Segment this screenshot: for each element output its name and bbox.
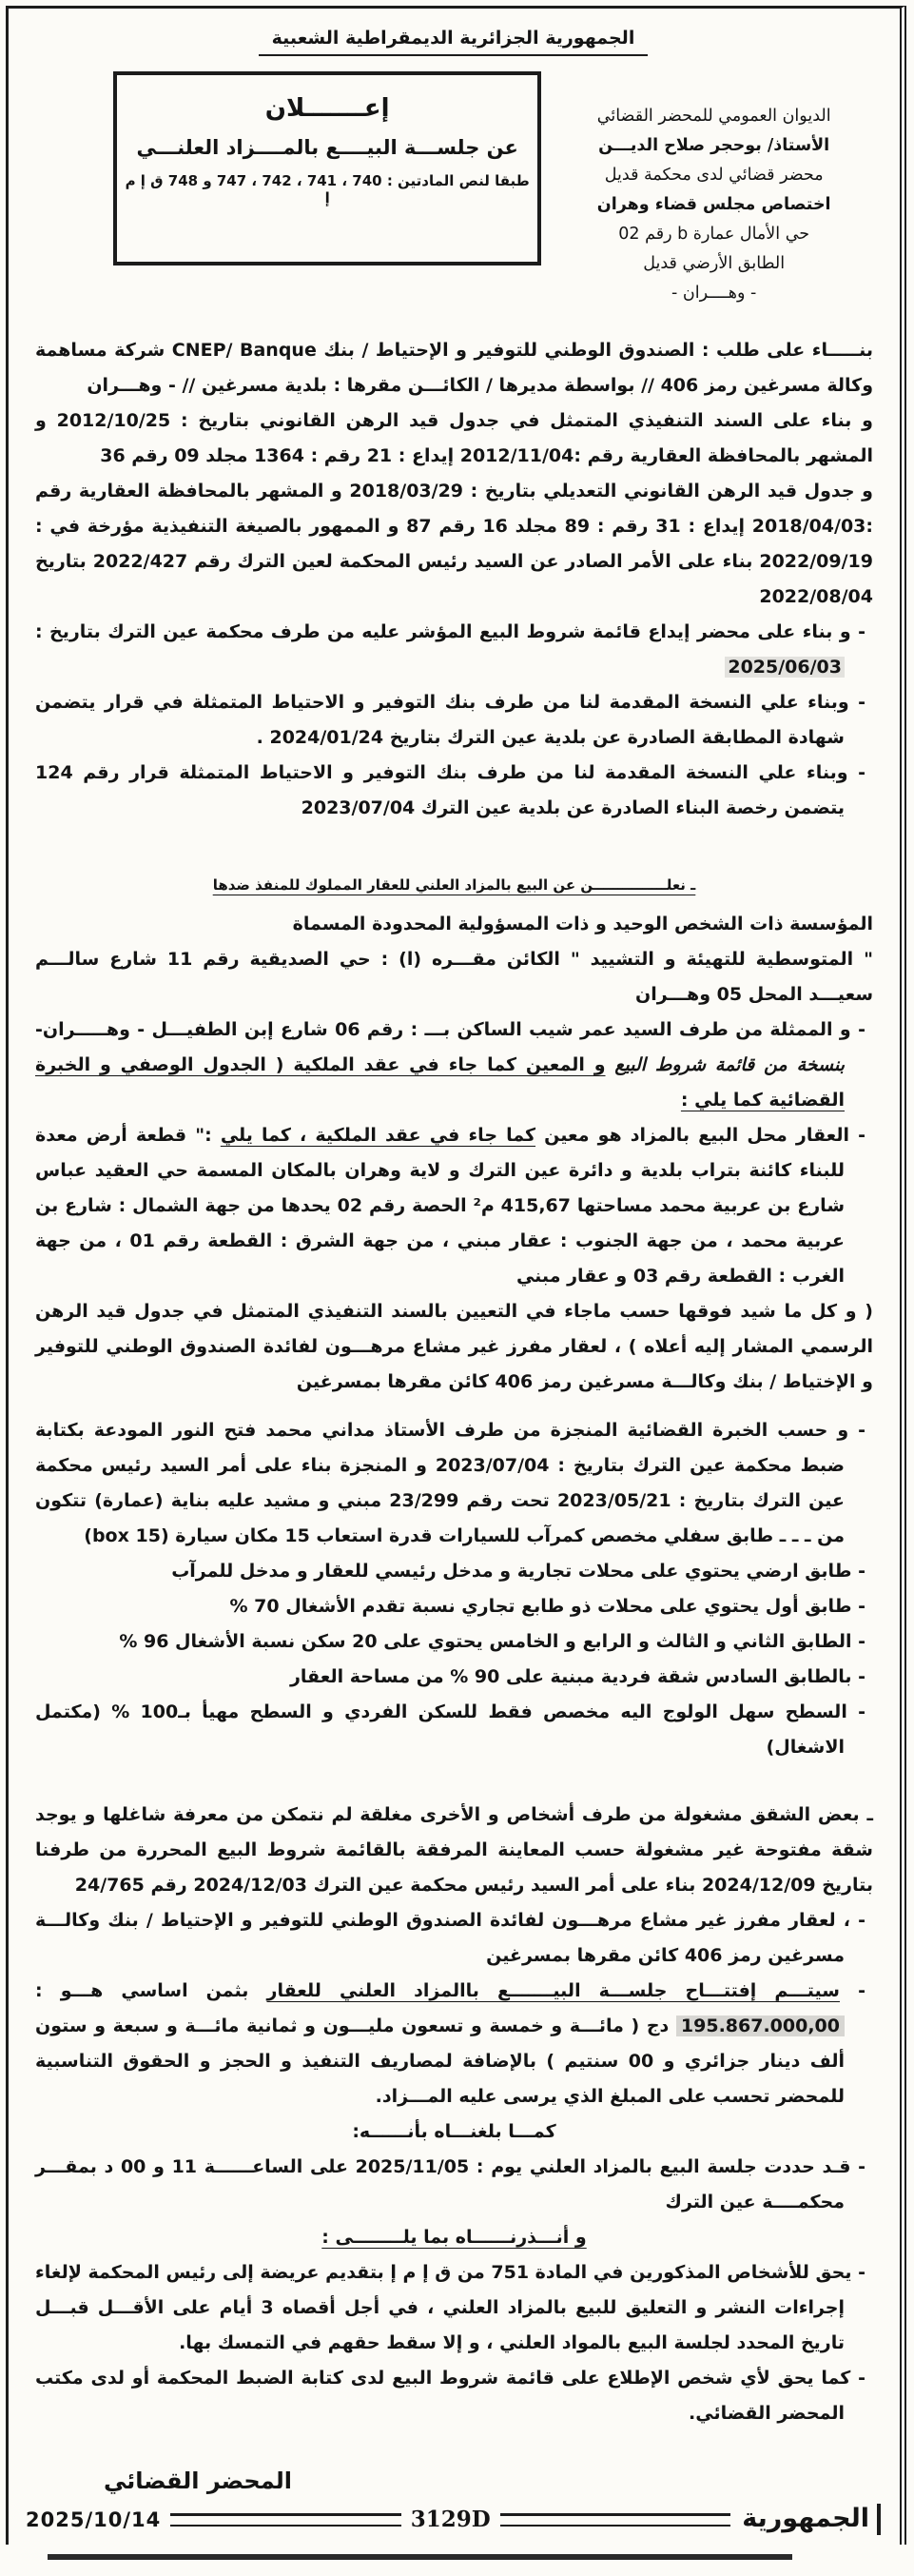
paragraph-request: بنـــــاء على طلب : الصندوق الوطني للتوف… bbox=[35, 333, 873, 403]
national-header: الجمهورية الجزائرية الديمقراطية الشعبية bbox=[26, 28, 881, 56]
paragraph-representative: - و الممثلة من طرف السيد عمر شيب الساكن … bbox=[35, 1013, 873, 1118]
office-line-address: الطابق الأرضي قديل bbox=[547, 249, 881, 279]
paragraph-warning-2: - كما يحق لأي شخص الإطلاع على قائمة شروط… bbox=[35, 2361, 873, 2431]
warning-heading: و أنـــذرنــــــاه بما يلــــــــى : bbox=[35, 2220, 873, 2255]
paragraph-conformity: - وبناء علي النسخة المقدمة لنا من طرف بن… bbox=[35, 685, 873, 756]
announcement-legal-basis: طبقا لنص المادتين : 740 ، 741 ، 742 ، 74… bbox=[125, 172, 530, 206]
auction-announce-heading: ـ نعلـــــــــــــــن عن البيع بالمزاد ا… bbox=[35, 868, 873, 903]
office-line-bailiff-name: الأستاذ/ بوحجر صلاح الديـــن bbox=[547, 131, 881, 161]
property-lead: - العقار محل البيع بالمزاد هو معين bbox=[535, 1125, 865, 1146]
footer-reference-code: 3129D bbox=[411, 2507, 491, 2532]
paragraph-deed1: و بناء على السند التنفيذي المتمثل في جدو… bbox=[35, 403, 873, 474]
newspaper-masthead: الجمهورية bbox=[740, 2504, 881, 2535]
bailiff-signature: المحضر القضائي bbox=[35, 2464, 873, 2499]
paragraph-permit: - وبناء علي النسخة المقدمة لنا من طرف بن… bbox=[35, 756, 873, 826]
paragraph-opening-price: - سيتـــم إفتتـــاح جلســـة البيـــــــع… bbox=[35, 1974, 873, 2114]
national-header-text: الجمهورية الجزائرية الديمقراطية الشعبية bbox=[259, 28, 649, 56]
announcement-subtitle: عن جلســـة البيــــع بالمــــزاد العلنــ… bbox=[125, 136, 530, 159]
office-line-jurisdiction: اختصاص مجلس قضاء وهران bbox=[547, 190, 881, 220]
floor-item: - السطح سهل الولوج اليه مخصص فقط للسكن ا… bbox=[35, 1695, 873, 1765]
floor-item: - طابق ارضي يحتوي على محلات تجارية و مدخ… bbox=[35, 1554, 873, 1589]
opening-underlined: سيتـــم إفتتـــاح جلســـة البيـــــــع ب… bbox=[267, 1980, 841, 2001]
dash: - bbox=[840, 1980, 865, 2001]
opening-rest: بثمن اساسي هـــو : bbox=[35, 1980, 267, 2001]
opening-price-value: 195.867.000,00 bbox=[676, 2016, 845, 2036]
office-line: محضر قضائي لدى محكمة قديل bbox=[547, 161, 881, 190]
scanned-legal-notice-page: الجمهورية الجزائرية الديمقراطية الشعبية … bbox=[0, 0, 914, 2576]
office-line-city: - وهــــران - bbox=[547, 279, 881, 308]
footer-publication-date: 2025/10/14 bbox=[26, 2508, 161, 2531]
paragraph-company-1: المؤسسة ذات الشخص الوحيد و ذات المسؤولية… bbox=[35, 907, 873, 942]
announcement-title-box: إعـــــــلان عن جلســـة البيــــع بالمــ… bbox=[113, 71, 541, 265]
spacer bbox=[35, 826, 873, 858]
spacer bbox=[35, 1400, 873, 1413]
paragraph-built: ( و كل ما شيد فوقها حسب ماجاء في التعيين… bbox=[35, 1294, 873, 1400]
notice-body: بنـــــاء على طلب : الصندوق الوطني للتوف… bbox=[26, 333, 881, 2499]
footer-rule bbox=[500, 2513, 731, 2527]
deposit-lead: - و بناء على محضر إيداع قائمة شروط البيع… bbox=[35, 621, 865, 642]
property-rest: :" قطعة أرض معدة للبناء كائنة بتراب بلدي… bbox=[35, 1125, 845, 1287]
paragraph-mortgage: - ، لعقار مفرز غير مشاع مرهـــون لفائدة … bbox=[35, 1903, 873, 1974]
announcement-title: إعـــــــلان bbox=[125, 94, 530, 123]
paragraph-deed2: و جدول قيد الرهن القانوني التعديلي بتاري… bbox=[35, 474, 873, 615]
scan-bottom-edge-line bbox=[48, 2554, 792, 2560]
paragraph-session: - قـد حددت جلسة البيع بالمزاد العلني يوم… bbox=[35, 2150, 873, 2220]
paragraph-company-2: " المتوسطية للتهيئة و التشييد " الكائن م… bbox=[35, 942, 873, 1013]
footer-bar: 2025/10/14 3129D الجمهورية bbox=[26, 2504, 881, 2539]
spacer bbox=[35, 1765, 873, 1798]
paragraph-property: - العقار محل البيع بالمزاد هو معين كما ج… bbox=[35, 1118, 873, 1294]
property-underlined: كما جاء في عقد الملكية ، كما يلي bbox=[221, 1125, 535, 1146]
bailiff-office-block: الديوان العمومي للمحضر القضائي الأستاذ/ … bbox=[541, 69, 881, 308]
floor-item: - بالطابق السادس شقة فردية مبنية على 90 … bbox=[35, 1660, 873, 1695]
paragraph-expertise: - و حسب الخبرة القضائية المنجزة من طرف ا… bbox=[35, 1413, 873, 1554]
footer-rule bbox=[170, 2513, 401, 2527]
office-line-address: حي الأمال عمارة b رقم 02 bbox=[547, 220, 881, 249]
top-row: الديوان العمومي للمحضر القضائي الأستاذ/ … bbox=[26, 69, 881, 308]
paragraph-occupancy: ـ بعض الشقق مشغولة من طرف أشخاص و الأخرى… bbox=[35, 1798, 873, 1903]
representative-italic: بنسخة من قائمة شروط البيع bbox=[606, 1054, 846, 1075]
office-line: الديوان العمومي للمحضر القضائي bbox=[547, 102, 881, 131]
deposit-date: 2025/06/03 bbox=[725, 657, 845, 678]
notice-frame: الجمهورية الجزائرية الديمقراطية الشعبية … bbox=[6, 6, 906, 2545]
paragraph-deposit: - و بناء على محضر إيداع قائمة شروط البيع… bbox=[35, 615, 873, 685]
representative-lead: - و الممثلة من طرف السيد عمر شيب الساكن … bbox=[35, 1019, 865, 1040]
floor-item: - طابق أول يحتوي على محلات ذو طابع تجاري… bbox=[35, 1589, 873, 1624]
paragraph-warning-1: - يحق للأشخاص المذكورين في المادة 751 من… bbox=[35, 2255, 873, 2361]
informed-heading: كمـــا بلغنـــاه بأنــــــه: bbox=[35, 2114, 873, 2150]
floor-item: - الطابق الثاني و الثالث و الرابع و الخا… bbox=[35, 1624, 873, 1660]
